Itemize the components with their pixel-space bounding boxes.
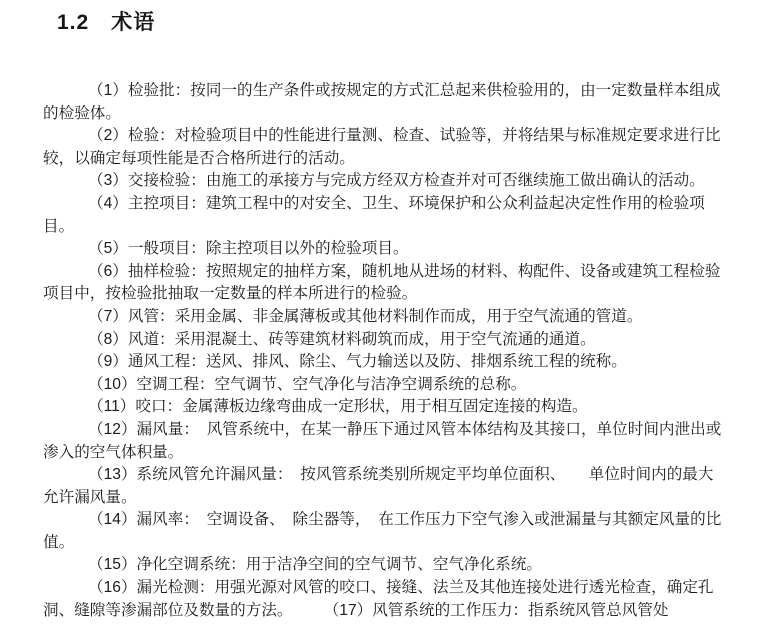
term-paragraph: （6）抽样检验：按照规定的抽样方案，随机地从进场的材料、构配件、设备或建筑工程检… <box>43 261 725 306</box>
term-paragraph: （4）主控项目：建筑工程中的对安全、卫生、环境保护和公众利益起决定性作用的检验项… <box>43 193 725 238</box>
term-paragraph: （3）交接检验：由施工的承接方与完成方经双方检查并对可否继续施工做出确认的活动。 <box>43 170 725 193</box>
section-title: 术语 <box>111 11 155 34</box>
term-paragraph: （8）风道：采用混凝土、砖等建筑材料砌筑而成，用于空气流通的通道。 <box>43 329 725 352</box>
term-paragraph: （2）检验：对检验项目中的性能进行量测、检查、试验等，并将结果与标准规定要求进行… <box>43 125 725 170</box>
term-paragraph: （5）一般项目：除主控项目以外的检验项目。 <box>43 238 725 261</box>
term-paragraph: （9）通风工程：送风、排风、除尘、气力输送以及防、排烟系统工程的统称。 <box>43 351 725 374</box>
term-paragraph: （1）检验批：按同一的生产条件或按规定的方式汇总起来供检验用的，由一定数量样本组… <box>43 80 725 125</box>
section-heading: 1.2术语 <box>57 6 725 36</box>
section-number: 1.2 <box>57 11 89 34</box>
term-paragraph: （11）咬口：金属薄板边缘弯曲成一定形状，用于相互固定连接的构造。 <box>43 396 725 419</box>
term-paragraph: （13）系统风管允许漏风量： 按风管系统类别所规定平均单位面积、 单位时间内的最… <box>43 464 725 509</box>
term-paragraph: （10）空调工程：空气调节、空气净化与洁净空调系统的总称。 <box>43 374 725 397</box>
term-paragraph: （16）漏光检测：用强光源对风管的咬口、接缝、法兰及其他连接处进行透光检查，确定… <box>43 577 725 622</box>
term-paragraph: （7）风管：采用金属、非金属薄板或其他材料制作而成，用于空气流通的管道。 <box>43 306 725 329</box>
document-page: 1.2术语 （1）检验批：按同一的生产条件或按规定的方式汇总起来供检验用的，由一… <box>0 0 765 640</box>
term-paragraph: （15）净化空调系统：用于洁净空间的空气调节、空气净化系统。 <box>43 554 725 577</box>
term-paragraph: （12）漏风量： 风管系统中，在某一静压下通过风管本体结构及其接口，单位时间内泄… <box>43 419 725 464</box>
term-paragraph: （14）漏风率： 空调设备、 除尘器等， 在工作压力下空气渗入或泄漏量与其额定风… <box>43 509 725 554</box>
terminology-list: （1）检验批：按同一的生产条件或按规定的方式汇总起来供检验用的，由一定数量样本组… <box>43 80 725 622</box>
